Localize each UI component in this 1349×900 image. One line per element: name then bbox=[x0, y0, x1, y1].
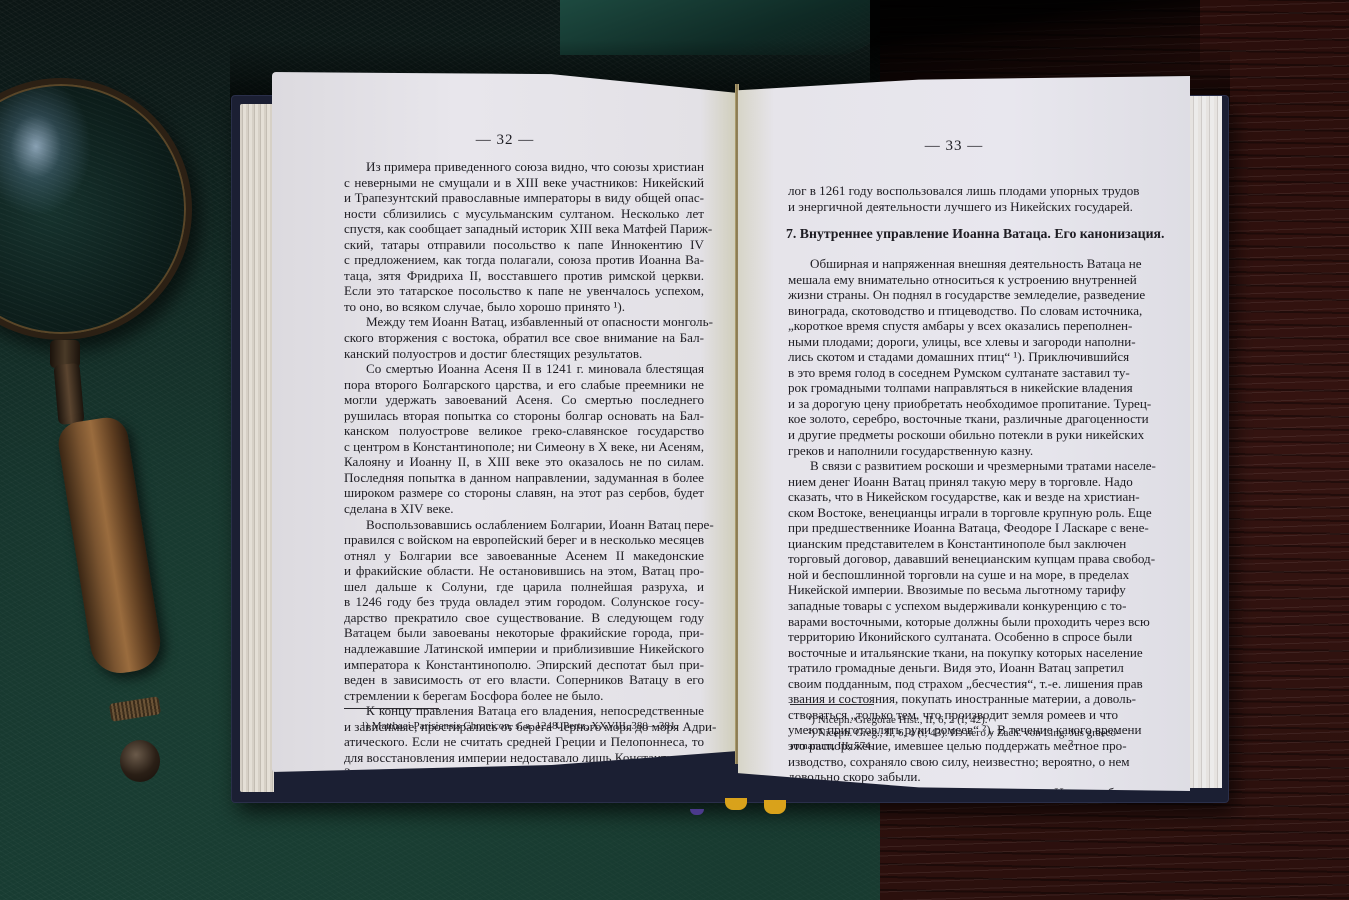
text-line: правился с войском на европейский берег … bbox=[344, 532, 704, 548]
page-number-left: — 32 — bbox=[272, 132, 738, 149]
text-line: рушилась вторая попытка со стороны болга… bbox=[344, 408, 704, 424]
text-line: западные товары с успехом выдерживали ко… bbox=[788, 598, 1110, 614]
text-line: винограда, скотоводство и птицеводство. … bbox=[788, 303, 1110, 319]
right-page-body: Обширная и напряженная внешняя деятельно… bbox=[788, 256, 1110, 791]
text-line: пора второго Болгарского царства, и его … bbox=[344, 377, 704, 393]
text-line: при предшественнике Иоанна Ватаца, Феодо… bbox=[788, 520, 1110, 536]
text-line: надлежавшие Латинской империи и приблизи… bbox=[344, 641, 704, 657]
gold-ribbon-bookmark-2 bbox=[764, 800, 786, 814]
text-line: императора к Константинополю. Эпирский д… bbox=[344, 657, 704, 673]
text-line: ском Востоке, венецианцы играли в торгов… bbox=[788, 505, 1110, 521]
text-line: и другие предметы роскоши обильно потекл… bbox=[788, 427, 1110, 443]
left-page-footnotes: ¹) Matthaei Parisiensis Chronicon, s. a.… bbox=[362, 720, 678, 733]
text-line: в 1246 году без труда овладел этим город… bbox=[344, 594, 704, 610]
text-line: дарство прекратило свое существование. В… bbox=[344, 610, 704, 626]
text-line: мешала ему внимательно относиться к устр… bbox=[788, 272, 1110, 288]
text-line: с предложением, как тогда полагали, союз… bbox=[344, 252, 704, 268]
footnote-line: ¹) Niceph. Gregorae Hist., II, 6, 2 (I, … bbox=[790, 714, 1120, 727]
text-line: рок громадными толпами направляться в ни… bbox=[788, 380, 1110, 396]
text-line: канский полуостров и достиг блестящих ре… bbox=[344, 346, 704, 362]
text-line: ными плодами; дороги, улицы, все хлевы и… bbox=[788, 334, 1110, 350]
footnote-rule-left bbox=[344, 708, 439, 709]
text-line: широком размере со стороны славян, на эт… bbox=[344, 485, 704, 501]
text-line: цианским представителем в Константинопол… bbox=[788, 536, 1110, 552]
text-line: стремлении к берегам Босфора более не бы… bbox=[344, 688, 704, 704]
text-line: сказать, что в Никейском государстве, ка… bbox=[788, 489, 1110, 505]
text-line: „короткое время спустя амбары у всех ока… bbox=[788, 318, 1110, 334]
right-page-continuation: лог в 1261 году воспользовался лишь плод… bbox=[788, 183, 1108, 214]
signature-mark: 3 bbox=[1068, 738, 1074, 751]
text-line: восточные и итальянские ткани, на покупк… bbox=[788, 645, 1110, 661]
text-line: торговый договор, дававший венецианским … bbox=[788, 551, 1110, 567]
left-page-edges bbox=[240, 104, 274, 792]
text-line: кое золото, серебро, восточные ткани, ра… bbox=[788, 411, 1110, 427]
right-page: — 33 — лог в 1261 году воспользовался ли… bbox=[738, 76, 1190, 791]
text-line: и фракийские области. Не остановившись н… bbox=[344, 563, 704, 579]
text-line: то оно, во всяком случае, было хорошо пр… bbox=[344, 299, 704, 315]
text-line: варами восточными, которые должны были п… bbox=[788, 614, 1110, 630]
text-line: Ватацем были завоеваны некоторые фракийс… bbox=[344, 625, 704, 641]
text-line: территорию Иконийского султаната. Особен… bbox=[788, 629, 1110, 645]
left-page-body: Из примера приведенного союза видно, что… bbox=[344, 159, 704, 772]
text-line: лог в 1261 году воспользовался лишь плод… bbox=[788, 183, 1108, 199]
text-line: и за дорогую цену приобретать необходимо… bbox=[788, 396, 1110, 412]
text-line: отнял у Болгарии все завоеванные Асенем … bbox=[344, 548, 704, 564]
footnote-rule-right bbox=[790, 704, 874, 705]
text-line: своим подданным, под страхом „бесчестия“… bbox=[788, 676, 1110, 692]
text-line: ной и беспошлинной торговли на суше и на… bbox=[788, 567, 1110, 583]
text-line: и энергичной деятельности лучшего из Ник… bbox=[788, 199, 1108, 215]
text-line: с центром в Константинополе; ни Симеону … bbox=[344, 439, 704, 455]
gold-ribbon-bookmark bbox=[725, 798, 747, 810]
text-line: шел дальше к Солуни, где царила полнейша… bbox=[344, 579, 704, 595]
text-line: с неверными не смущали и в XIII веке уча… bbox=[344, 175, 704, 191]
text-line: Из примера приведенного союза видно, что… bbox=[344, 159, 704, 175]
text-line: веден в зависимость от его власти. Сопер… bbox=[344, 672, 704, 688]
text-line: Воспользовавшись ослаблением Болгарии, И… bbox=[344, 517, 704, 533]
page-number-right: — 33 — bbox=[738, 138, 1180, 155]
magnifier-handle-tip bbox=[120, 740, 160, 782]
text-line: В связи с развитием роскоши и чрезмерным… bbox=[788, 458, 1110, 474]
left-page: — 32 — Из примера приведенного союза вид… bbox=[272, 72, 738, 772]
footnote-line: ¹) Matthaei Parisiensis Chronicon, s. a.… bbox=[362, 720, 678, 733]
text-line: Если это татарское посольство к папе не … bbox=[344, 283, 704, 299]
text-line: греков и наполнили государственную казну… bbox=[788, 443, 1110, 459]
text-line: ности сблизились с мусульманским султано… bbox=[344, 206, 704, 222]
text-line: нием денег Иоанн Ватац принял такую меру… bbox=[788, 474, 1110, 490]
text-line: Обширная и напряженная внешняя деятельно… bbox=[788, 256, 1110, 272]
text-line: Между тем Иоанн Ватац, избавленный от оп… bbox=[344, 314, 704, 330]
text-line: канском полуострове великое греко-славян… bbox=[344, 423, 704, 439]
text-line: Никейской империи. Ввозимые по весьма ль… bbox=[788, 582, 1110, 598]
right-page-edges bbox=[1190, 96, 1222, 788]
text-line: в это время голод в соседнем Румском сул… bbox=[788, 365, 1110, 381]
text-line: атического. Если не считать средней Грец… bbox=[344, 734, 704, 750]
text-line: жизни страны. Он поднял в государстве зе… bbox=[788, 287, 1110, 303]
text-line: могли удержать завоеваний Асеня. Со смер… bbox=[344, 392, 704, 408]
text-line: тратило громадные деньги. Видя это, Иоан… bbox=[788, 660, 1110, 676]
magnifier-neck bbox=[53, 363, 84, 425]
text-line: ского вторжения с востока, обратил все с… bbox=[344, 330, 704, 346]
text-line: ский, татары отправили посольство к папе… bbox=[344, 237, 704, 253]
text-line: и Трапезунтский православные императоры … bbox=[344, 190, 704, 206]
text-line: лись скотом и стадами домашних птиц“ ¹).… bbox=[788, 349, 1110, 365]
text-line: спустя, как сообщает западный историк XI… bbox=[344, 221, 704, 237]
text-line: изводство, сохраняло свою силу, неизвест… bbox=[788, 754, 1110, 770]
section-heading: 7. Внутреннее управление Иоанна Ватаца. … bbox=[786, 226, 1164, 242]
text-line: таца, зятя Фридриха II, восставшего прот… bbox=[344, 268, 704, 284]
text-line: Калояну и Иоанну II, в XIII веке это ока… bbox=[344, 454, 704, 470]
text-line: Со смертью Иоанна Асеня II в 1241 г. мин… bbox=[344, 361, 704, 377]
text-line: Последняя попытка в данном направлении, … bbox=[344, 470, 704, 486]
text-line: К концу правления Ватаца его владения, н… bbox=[344, 703, 704, 719]
text-line: сделана в XIV веке. bbox=[344, 501, 704, 517]
